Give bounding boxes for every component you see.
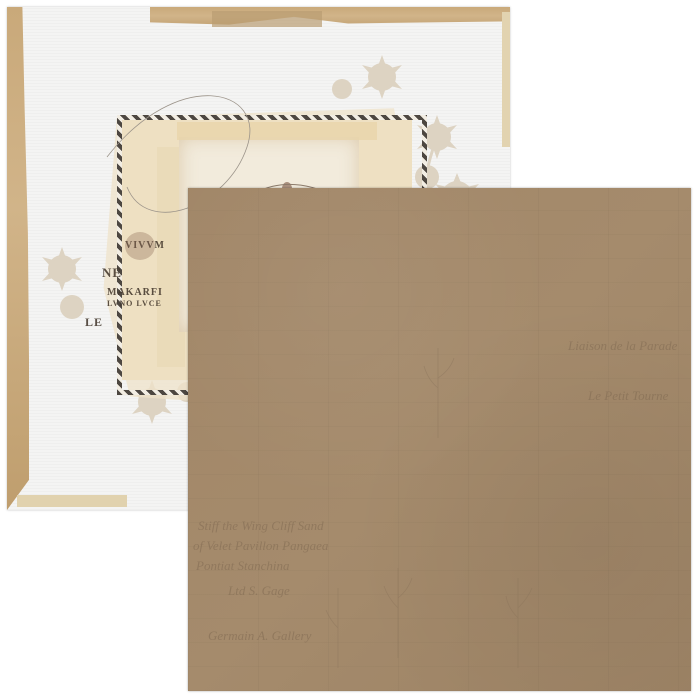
botanical-sketch-icon <box>188 188 691 691</box>
kraft-script-paper: Stiff the Wing Cliff Sand of Velet Pavil… <box>188 188 691 691</box>
